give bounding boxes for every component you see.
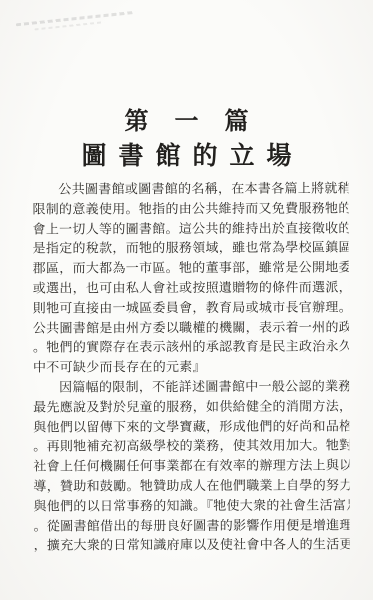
body-text-line: 是指定的稅款，而牠的服務領域，雖也常為學校區鎮區和 [33,239,349,260]
body-text-line: 中不可缺少而長存在的元素』 [33,358,349,379]
body-text-line: 公共圖書館是由州方委以職權的機關，表示着一州的政策 [33,318,349,339]
body-text-line: 郡區，而大都為一市區。牠的董事部，雖常是公開地委任 [33,259,349,280]
body-text-line: 與他們以留傳下來的文學寶藏，形成他們的好尚和品格等 [33,417,349,438]
body-text-line: 會上一切人等的圖書館。這公共的維持出於直接徵收的或 [32,219,348,240]
body-text-line: 導，贊助和鼓勵。牠贊助成人在他們職業上自學的努力面 [33,476,349,497]
body-text-line: 則牠可直接由一城區委員會，教育局或城市長官辦理。『 [33,298,349,319]
body-text-line: 社會上任何機關任何事業都在有效率的辦理方法上與以指 [33,457,349,478]
scanned-book-page: 第一篇 圖書館的立場 公共圖書館或圖書館的名稱，在本書各篇上將就稍受 限制的意義… [0,0,373,600]
part-heading: 第一篇 [0,101,373,136]
body-text-block: 公共圖書館或圖書館的名稱，在本書各篇上將就稍受 限制的意義使用。牠指的由公共維持… [32,179,349,556]
body-text-line: 。從圖書館借出的每册良好圖書的影響作用便是增進理知 [34,516,350,537]
faint-stamp-mark [16,9,156,36]
body-text-line: 最先應說及對於兒童的服務，如供給健全的消閒方法，贈 [33,397,349,418]
body-text-line: 或選出，也可由私人會社或按照遺贈物的條件而選派，再 [33,278,349,299]
body-text-line: 。再則牠補充初高級學校的業務，使其效用加大。牠對於 [33,437,349,458]
body-text-line: 與他們的以日常事務的知識。『牠使大衆的社會生活富足 [33,496,349,517]
body-text-line: 限制的意義使用。牠指的由公共維持而又免費服務牠的社 [32,199,348,220]
body-text-line: 。牠們的實際存在表示該州的承認教育是民主政治永久性 [33,338,349,359]
chapter-title: 圖書館的立場 [0,136,373,172]
body-text-line: 因篇幅的限制，不能詳述圖書館中一般公認的業務。 [33,377,349,398]
body-text-line: ，擴充大衆的日常知識府庫以及使社會中各人的生活更為 [34,536,350,557]
body-text-line: 公共圖書館或圖書館的名稱，在本書各篇上將就稍受 [32,179,348,200]
